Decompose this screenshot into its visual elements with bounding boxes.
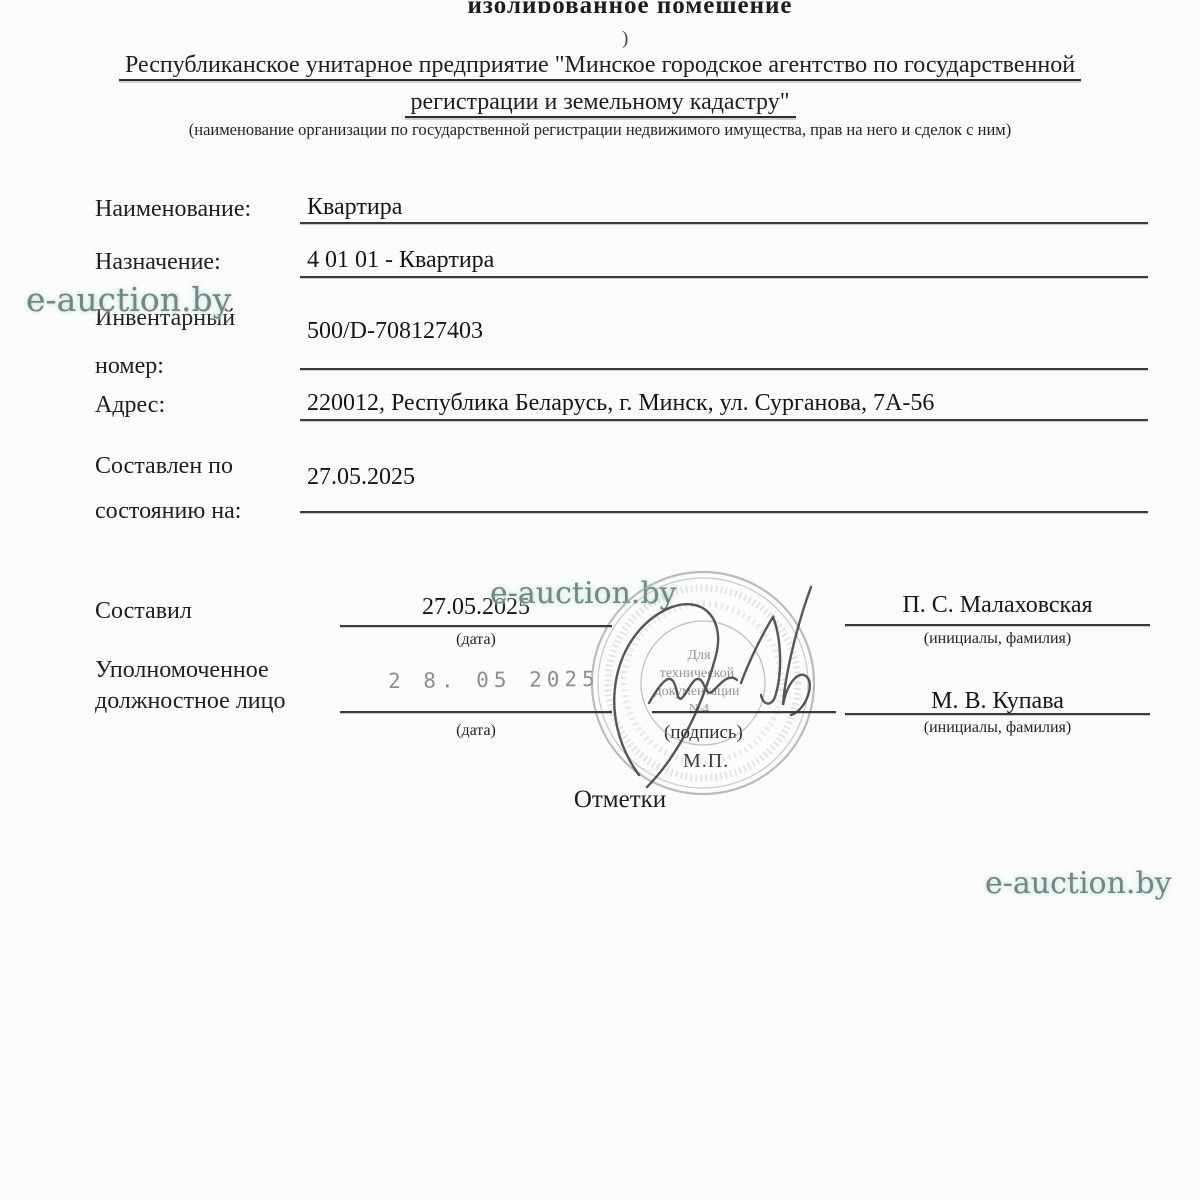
field-line-purpose xyxy=(300,276,1148,278)
field-label-compiled-as-of: Составлен по состоянию на: xyxy=(95,444,295,534)
field-line-compiled-as-of xyxy=(300,511,1148,513)
org-name-line1: Республиканское унитарное предприятие "М… xyxy=(0,52,1200,79)
official-stamp-date: 2 8. 05 2025 xyxy=(388,667,600,693)
compiled-date-line xyxy=(340,625,612,627)
official-name: М. В. Купава xyxy=(845,688,1150,715)
compiled-name-line xyxy=(845,624,1150,626)
document-page: изолированное помещение ) Республиканско… xyxy=(0,0,1200,1200)
watermark-e-auction: e-auction.by xyxy=(26,280,231,319)
date-caption: (дата) xyxy=(340,631,612,649)
org-caption: (наименование организации по государстве… xyxy=(0,120,1200,140)
cropped-title-text: изолированное помещение xyxy=(407,0,792,13)
official-name-caption: (инициалы, фамилия) xyxy=(845,719,1150,737)
watermark-e-auction: e-auction.by xyxy=(985,866,1172,901)
official-date-line xyxy=(340,711,612,713)
official-label: Уполномоченное должностное лицо xyxy=(95,655,325,717)
field-line-address xyxy=(300,419,1148,421)
compiled-by-label: Составил xyxy=(95,598,192,625)
round-stamp: Для технической документации №4 xyxy=(575,553,835,813)
stamp-text-line3: документации xyxy=(654,684,740,699)
field-line-inventory-number xyxy=(300,368,1148,370)
field-value-inventory-number: 500/D-708127403 xyxy=(307,318,483,345)
org-name-line2: регистрации и земельному кадастру" xyxy=(0,89,1200,116)
field-label-name: Наименование: xyxy=(95,196,251,223)
scan-artifact-mark: ) xyxy=(622,28,628,50)
field-line-name xyxy=(300,222,1148,224)
field-label-purpose: Назначение: xyxy=(95,249,221,276)
field-label-address: Адрес: xyxy=(95,392,165,419)
field-value-compiled-as-of: 27.05.2025 xyxy=(307,464,415,491)
compiled-name: П. С. Малаховская xyxy=(845,592,1150,619)
field-value-purpose: 4 01 01 - Квартира xyxy=(307,247,494,274)
name-caption: (инициалы, фамилия) xyxy=(845,630,1150,648)
stamp-text-line1: Для xyxy=(688,648,712,663)
signature-line xyxy=(652,711,836,713)
field-value-address: 220012, Республика Беларусь, г. Минск, у… xyxy=(307,390,934,417)
cropped-document-title: изолированное помещение xyxy=(0,0,1200,13)
official-name-line xyxy=(845,713,1150,715)
field-value-name: Квартира xyxy=(307,194,402,221)
official-date-caption: (дата) xyxy=(340,722,612,740)
